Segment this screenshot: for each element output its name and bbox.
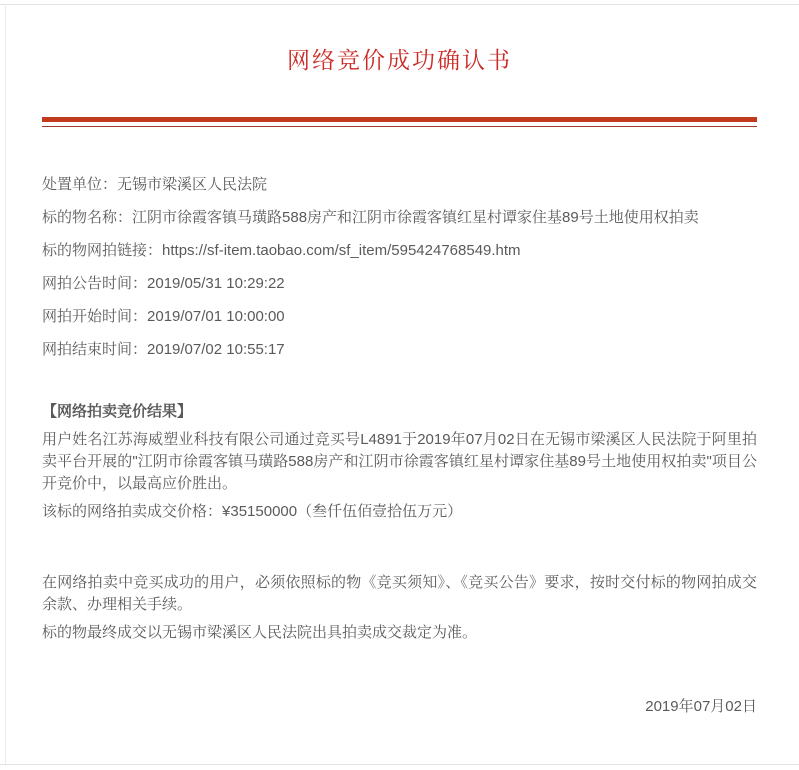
field-label: 网拍结束时间：: [42, 341, 147, 358]
field-value: 2019/05/31 10:29:22: [147, 275, 285, 292]
result-section-heading: 【网络拍卖竞价结果】: [42, 402, 757, 422]
field-value: 2019/07/01 10:00:00: [147, 308, 285, 325]
deal-price-line: 该标的网络拍卖成交价格：¥35150000（叁仟伍佰壹拾伍万元）: [42, 502, 757, 522]
note-payment-obligation: 在网络拍卖中竞买成功的用户，必须依照标的物《竞买须知》、《竞买公告》要求，按时交…: [42, 572, 757, 616]
note-final-ruling: 标的物最终成交以无锡市梁溪区人民法院出具拍卖成交裁定为准。: [42, 622, 757, 644]
notes-section: 在网络拍卖中竞买成功的用户，必须依照标的物《竞买须知》、《竞买公告》要求，按时交…: [42, 572, 757, 644]
document-date: 2019年07月02日: [42, 697, 757, 717]
field-auction-link: 标的物网拍链接：https://sf-item.taobao.com/sf_it…: [42, 241, 757, 261]
field-subject-name: 标的物名称：江阴市徐霞客镇马璜路588房产和江阴市徐霞客镇红星村谭家住基89号土…: [42, 208, 757, 228]
field-label: 网拍开始时间：: [42, 308, 147, 325]
auction-url: https://sf-item.taobao.com/sf_item/59542…: [162, 242, 521, 259]
divider-thin-line: [42, 126, 757, 127]
page-bottom-border: [0, 764, 799, 765]
field-value: 江阴市徐霞客镇马璜路588房产和江阴市徐霞客镇红星村谭家住基89号土地使用权拍卖: [132, 209, 699, 226]
letter-content: 网络竞价成功确认书 处置单位：无锡市梁溪区人民法院 标的物名称：江阴市徐霞客镇马…: [0, 0, 799, 717]
deal-price-value: ¥35150000（叁仟伍佰壹拾伍万元）: [222, 503, 462, 520]
field-label: 标的物网拍链接：: [42, 242, 162, 259]
field-disposal-unit: 处置单位：无锡市梁溪区人民法院: [42, 175, 757, 195]
page-title: 网络竞价成功确认书: [42, 46, 757, 76]
field-label: 标的物名称：: [42, 209, 132, 226]
field-announce-time: 网拍公告时间：2019/05/31 10:29:22: [42, 274, 757, 294]
field-list: 处置单位：无锡市梁溪区人民法院 标的物名称：江阴市徐霞客镇马璜路588房产和江阴…: [42, 175, 757, 360]
result-paragraph: 用户姓名江苏海威塑业科技有限公司通过竞买号L4891于2019年07月02日在无…: [42, 429, 757, 495]
field-start-time: 网拍开始时间：2019/07/01 10:00:00: [42, 307, 757, 327]
field-value: 2019/07/02 10:55:17: [147, 341, 285, 358]
deal-price-label: 该标的网络拍卖成交价格：: [42, 503, 222, 520]
confirmation-letter-page: 网络竞价成功确认书 处置单位：无锡市梁溪区人民法院 标的物名称：江阴市徐霞客镇马…: [0, 0, 799, 770]
field-end-time: 网拍结束时间：2019/07/02 10:55:17: [42, 340, 757, 360]
field-label: 处置单位：: [42, 176, 117, 193]
field-label: 网拍公告时间：: [42, 275, 147, 292]
field-value: 无锡市梁溪区人民法院: [117, 176, 267, 193]
divider-thick-line: [42, 117, 757, 122]
